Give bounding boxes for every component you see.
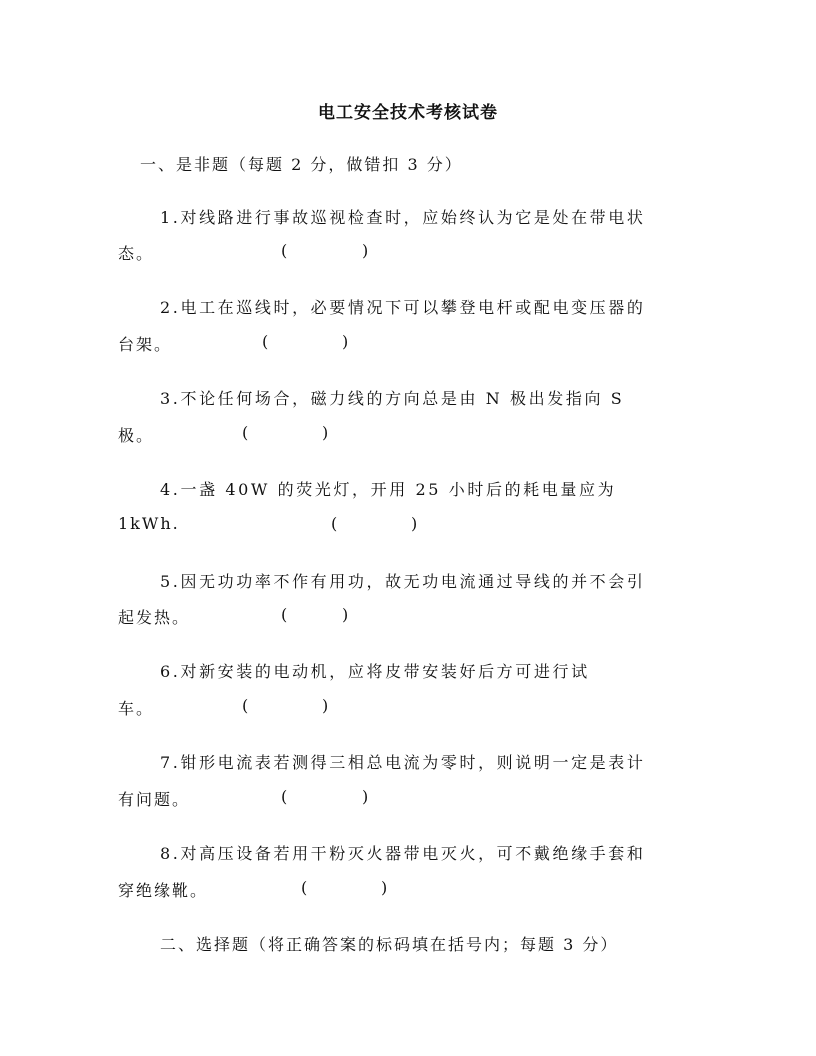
question-6-continuation: 车。 [118,696,154,719]
question-7-answer-close: ) [362,787,368,806]
question-1-answer-open: ( [281,241,287,260]
question-3-continuation: 极。 [118,423,154,446]
question-8-text: 8.对高压设备若用干粉灭火器带电灭火，可不戴绝缘手套和 [160,841,645,864]
question-1-text: 1.对线路进行事故巡视检查时，应始终认为它是处在带电状 [160,205,645,228]
question-3-text: 3.不论任何场合，磁力线的方向总是由 N 极出发指向 S [160,386,624,409]
question-7-answer-open: ( [281,787,287,806]
question-2-answer-open: ( [262,332,268,351]
question-7-continuation: 有问题。 [118,787,190,810]
question-4-continuation: 1kWh. [118,514,180,533]
question-6-answer-open: ( [242,696,248,715]
question-6-answer-close: ) [322,696,328,715]
question-2-text: 2.电工在巡线时，必要情况下可以攀登电杆或配电变压器的 [160,295,645,318]
section-heading-true-false: 一、是非题（每题 2 分，做错扣 3 分） [140,152,463,175]
document-title: 电工安全技术考核试卷 [0,98,816,123]
question-8-continuation: 穿绝缘靴。 [118,878,208,901]
question-3-answer-close: ) [322,423,328,442]
question-3-answer-open: ( [242,423,248,442]
question-5-answer-close: ) [342,605,348,624]
question-8-answer-open: ( [301,878,307,897]
question-8-answer-close: ) [381,878,387,897]
question-1-answer-close: ) [362,241,368,260]
question-2-answer-close: ) [342,332,348,351]
question-7-text: 7.钳形电流表若测得三相总电流为零时，则说明一定是表计 [160,750,645,773]
question-2-continuation: 台架。 [118,332,172,355]
question-4-text: 4.一盏 40W 的荧光灯，开用 25 小时后的耗电量应为 [160,477,616,500]
question-5-answer-open: ( [281,605,287,624]
question-4-answer-close: ) [411,514,417,533]
question-5-text: 5.因无功功率不作有用功，故无功电流通过导线的并不会引 [160,569,645,592]
question-1-continuation: 态。 [118,241,154,264]
question-6-text: 6.对新安装的电动机，应将皮带安装好后方可进行试 [160,659,590,682]
question-4-answer-open: ( [331,514,337,533]
exam-page: 电工安全技术考核试卷 一、是非题（每题 2 分，做错扣 3 分） 1.对线路进行… [0,0,816,1056]
question-5-continuation: 起发热。 [118,605,190,628]
section-heading-multiple-choice: 二、选择题（将正确答案的标码填在括号内；每题 3 分） [160,932,618,955]
